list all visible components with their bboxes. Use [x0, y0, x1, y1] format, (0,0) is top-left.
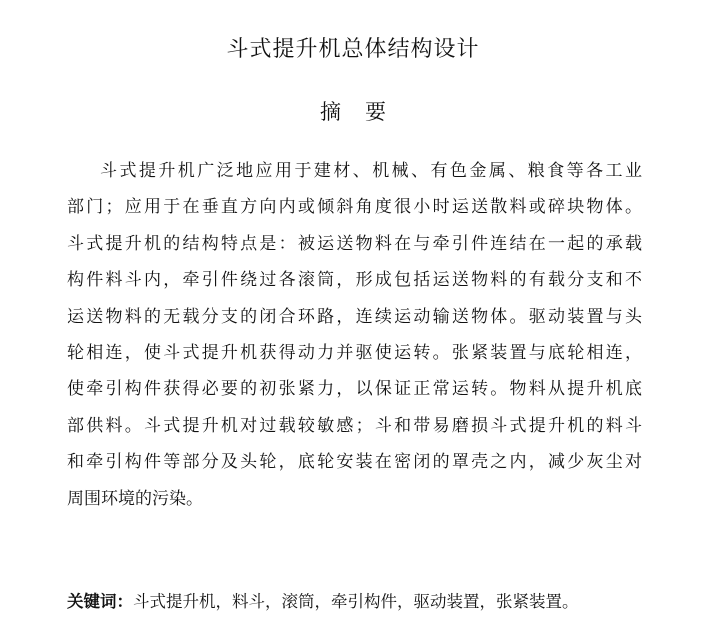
abstract-line: 斗式提升机广泛地应用于建材、机械、有色金属、粮食等各工业 — [67, 153, 642, 189]
abstract-line: 使牵引构件获得必要的初张紧力，以保证正常运转。物料从提升机底 — [67, 371, 642, 407]
abstract-line: 和牵引构件等部分及头轮，底轮安装在密闭的罩壳之内，减少灰尘对 — [67, 444, 642, 480]
abstract-line: 轮相连，使斗式提升机获得动力并驱使运转。张紧装置与底轮相连， — [67, 335, 642, 371]
keywords-label: 关键词： — [67, 592, 133, 611]
abstract-heading: 摘要 — [0, 96, 706, 128]
abstract-heading-char-2: 要 — [365, 96, 386, 128]
abstract-line: 构件料斗内，牵引件绕过各滚筒，形成包括运送物料的有载分支和不 — [67, 262, 642, 298]
keywords-text: 斗式提升机，料斗，滚筒，牵引构件，驱动装置，张紧装置。 — [133, 592, 579, 611]
abstract-body: 斗式提升机广泛地应用于建材、机械、有色金属、粮食等各工业 部门；应用于在垂直方向… — [67, 153, 642, 517]
abstract-line: 运送物料的无载分支的闭合环路，连续运动输送物体。驱动装置与头 — [67, 299, 642, 335]
abstract-line: 部门；应用于在垂直方向内或倾斜角度很小时运送散料或碎块物体。 — [67, 189, 642, 225]
abstract-line: 周围环境的污染。 — [67, 481, 642, 517]
abstract-line: 部供料。斗式提升机对过载较敏感；斗和带易磨损斗式提升机的料斗 — [67, 408, 642, 444]
abstract-line: 斗式提升机的结构特点是：被运送物料在与牵引件连结在一起的承载 — [67, 226, 642, 262]
abstract-heading-char-1: 摘 — [320, 96, 341, 128]
document-title: 斗式提升机总体结构设计 — [0, 34, 706, 66]
keywords: 关键词：斗式提升机，料斗，滚筒，牵引构件，驱动装置，张紧装置。 — [67, 589, 579, 615]
